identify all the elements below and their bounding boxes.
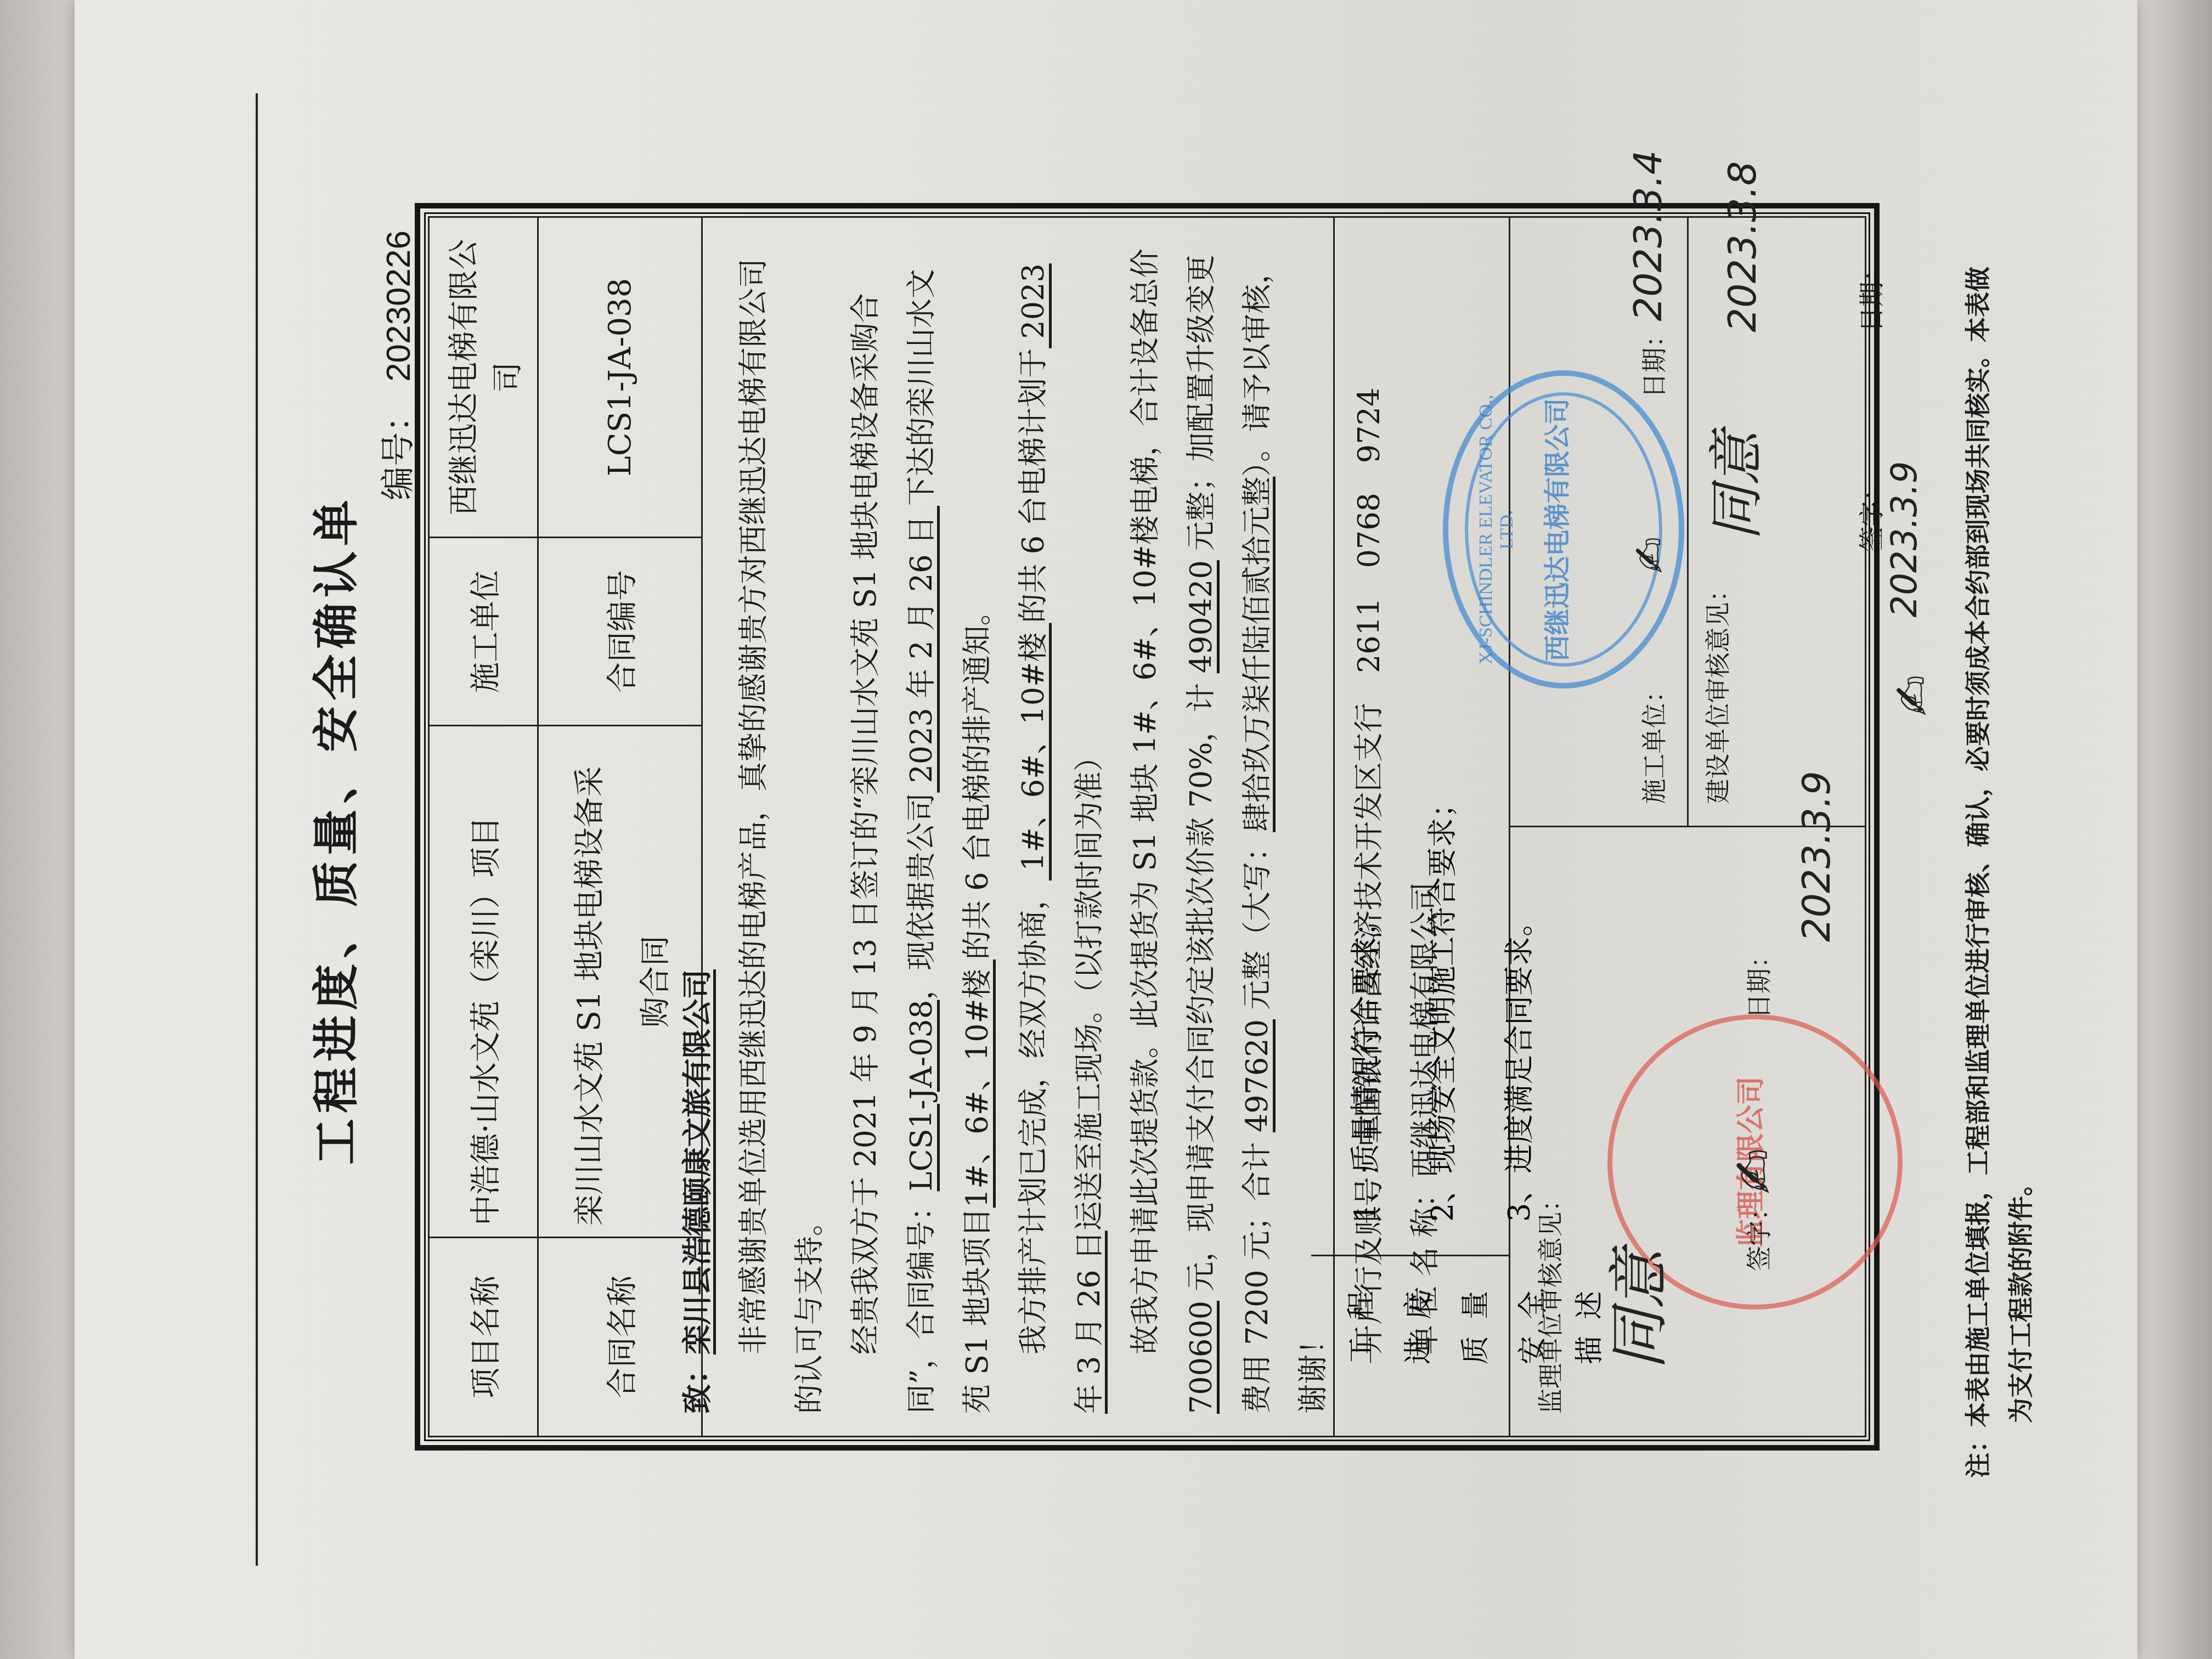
serial-value: 20230226 [380, 230, 417, 382]
batch-amount: 490420 [1184, 560, 1218, 673]
header-row-project: 项目名称 中浩德·山水文苑（栾川）项目 施工单位 西继迅达电梯有限公司 [429, 217, 538, 1437]
contractor-date: 2023.3.4 [1626, 150, 1671, 321]
sum-amount: 497620 [1240, 1019, 1274, 1132]
addressee-name: 栾川县浩德颐康文旅有限公司 [680, 969, 715, 1355]
contract-number-ref: LCS1-JA-038 [904, 1000, 939, 1192]
form-frame: 项目名称 中浩德·山水文苑（栾川）项目 施工单位 西继迅达电梯有限公司 合同名称… [415, 203, 1880, 1451]
owner-signature: ✍ [1884, 675, 1942, 716]
supervisor-sign-label: 签字： [1739, 1195, 1775, 1271]
supervisor-date-label: 日期： [1739, 943, 1775, 1019]
letter-paragraph-4: 故我方申请此次提货款。此次提货为 S1 地块 1#、6#、10#楼电梯，合计设备… [1118, 240, 1341, 1414]
contractor-owner-block: XJ-SCHINDLER ELEVATOR CO., LTD. 西继迅达电梯有限… [1509, 218, 1865, 826]
letter-paragraph-1: 非常感谢贵单位选用西继迅达的电梯产品，真挚的感谢贵方对西继迅达电梯有限公司的认可… [726, 240, 838, 1414]
description-item: 2、现场安全文明施工符合要求； [1404, 788, 1481, 1222]
buildings-ref: 1#、6#、10#楼 [960, 960, 995, 1207]
contractor-label: 施工单位 [429, 538, 538, 726]
document-paper: 工程进度、质量、安全确认单 编号：20230226 项目名称 中浩德·山水文苑（… [75, 0, 2137, 1659]
contractor-row: XJ-SCHINDLER ELEVATOR CO., LTD. 西继迅达电梯有限… [1509, 218, 1689, 826]
description-item: 1、质量情况符合要求； [1328, 788, 1404, 1222]
description-items: 1、质量情况符合要求； 2、现场安全文明施工符合要求； 3、进度满足合同要求。 [1311, 755, 1509, 1255]
footnote: 注：本表由施工单位填报，工程部和监理单位进行审核、确认，必要时须成本合约部到现场… [1956, 110, 2042, 1478]
contractor-date-label: 日期： [1634, 323, 1671, 398]
project-name-label: 项目名称 [429, 1238, 538, 1437]
owner-row: 建设单位审核意见： 同意 2023.3.8 签字： ✍ 2023.3.9 日期： [1687, 218, 1865, 826]
contractor-value: 西继迅达电梯有限公司 [429, 217, 538, 538]
supervisor-handwritten-opinion: 同意 [1591, 1249, 1678, 1370]
owner-handwritten-opinion: 同意 [1692, 431, 1771, 541]
letter-addressee: 致：栾川县浩德颐康文旅有限公司 [669, 240, 726, 1414]
contractor-stamp: XJ-SCHINDLER ELEVATOR CO., LTD. 西继迅达电梯有限… [1443, 371, 1684, 689]
contractor-unit-label: 施工单位： [1634, 678, 1671, 804]
footnote-line-2: 为支付工程款的附件。 [1999, 110, 2042, 1478]
serial-label: 编号： [378, 398, 418, 500]
description-side-label: 工程 进度 质量 安全 描述 [1311, 1255, 1509, 1436]
signature-section: 监理有限公司 监理单位审核意见： 同意 签字： ✍ 日期： 2023.3.9 X… [1509, 216, 1866, 1437]
letter-paragraph-3: 我方排产计划已完成，经双方协商， 1#、6#、10#楼 的共 6 台电梯计划于 … [1006, 240, 1118, 1414]
letter-paragraph-2: 经贵我双方于 2021 年 9 月 13 日签订的“栾川山水文苑 S1 地块电梯… [838, 240, 1006, 1414]
contractor-signature: ✍ [1625, 537, 1676, 573]
document-title: 工程进度、质量、安全确认单 [300, 0, 366, 1659]
footnote-line-1: 注：本表由施工单位填报，工程部和监理单位进行审核、确认，必要时须成本合约部到现场… [1956, 110, 1999, 1478]
supervisor-block: 监理有限公司 监理单位审核意见： 同意 签字： ✍ 日期： 2023.3.9 [1509, 826, 1865, 1436]
supervisor-signature: ✍ [1723, 1148, 1787, 1194]
request-letter: 致：栾川县浩德颐康文旅有限公司 非常感谢贵单位选用西继迅达的电梯产品，真挚的感谢… [658, 216, 1335, 1437]
owner-date-label: 日期： [1852, 257, 1888, 332]
serial-number: 编号：20230226 [371, 230, 420, 500]
notice-date: 2023 年 2 月 26 日 [904, 506, 939, 793]
owner-opinion-label: 建设单位审核意见： [1698, 577, 1734, 804]
owner-sign-label: 签字： [1852, 476, 1888, 552]
equipment-total: 700600 [1184, 1301, 1218, 1414]
sum-amount-words: 肆拾玖万柒仟陆佰贰拾元整 [1240, 477, 1274, 832]
supervisor-opinion-label: 监理单位审核意见： [1531, 1187, 1567, 1414]
contract-name-line1: 栾川山水文苑 S1 地块电梯设备采 [565, 737, 609, 1226]
owner-date-2: 2023.3.9 [1884, 461, 1925, 618]
owner-date-1: 2023.3.8 [1720, 161, 1765, 332]
buildings-ref-2: 1#、6#、10#楼 [1016, 623, 1051, 881]
top-rule [256, 93, 258, 1566]
project-name-value: 中浩德·山水文苑（栾川）项目 [429, 726, 538, 1238]
